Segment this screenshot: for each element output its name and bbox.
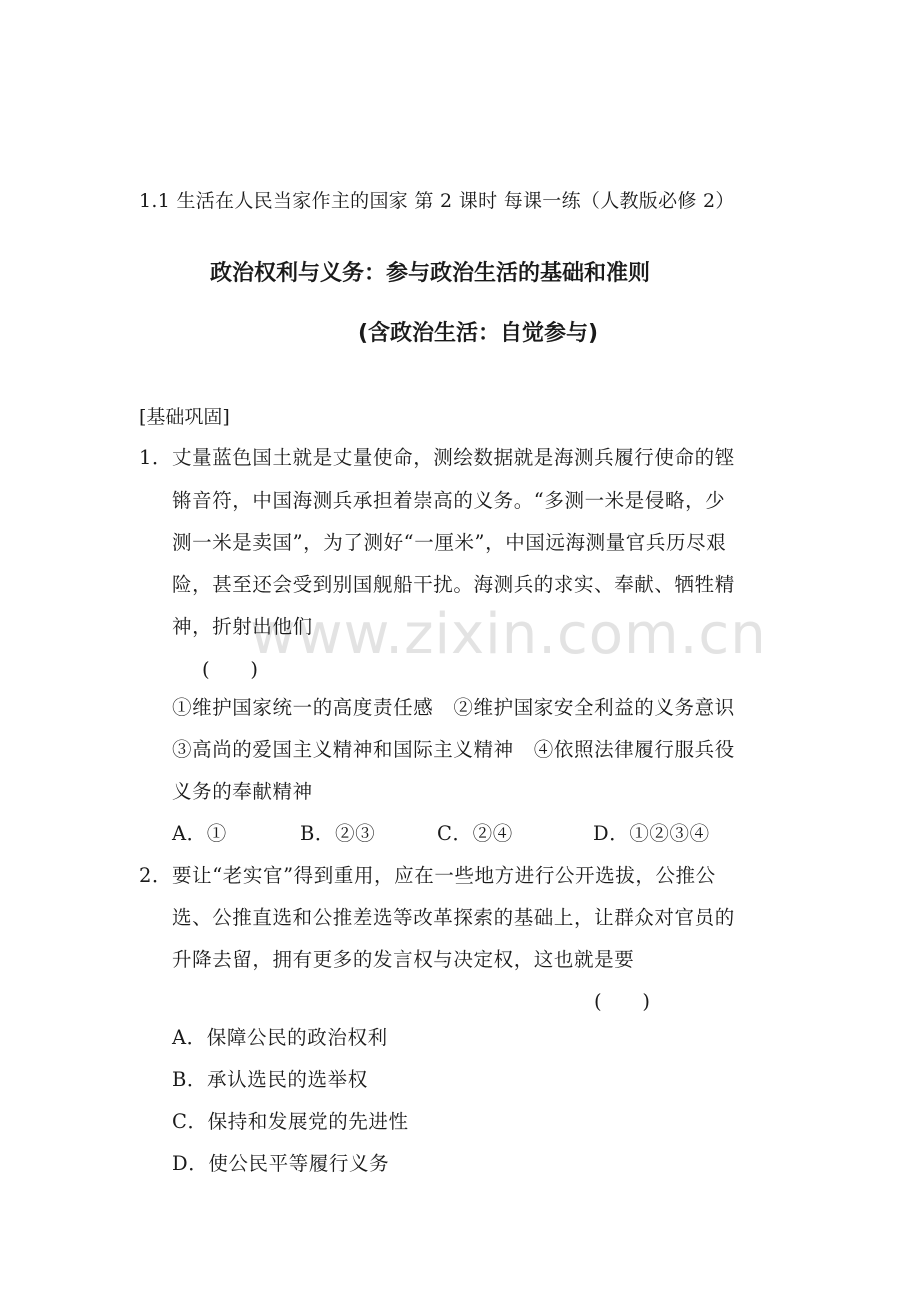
option-b: B．承认选民的选举权 <box>172 1064 368 1092</box>
option-c: C．保持和发展党的先进性 <box>172 1106 409 1134</box>
statement-line: 义务的奉献精神 <box>172 776 313 804</box>
question-text-line: 要让“老实官”得到重用，应在一些地方进行公开选拔，公推公 <box>172 860 716 888</box>
page-subtitle: (含政治生活：自觉参与) <box>358 316 598 347</box>
answer-blank: ( ) <box>594 986 651 1014</box>
question-number: 2． <box>139 860 172 888</box>
statement-line: ①维护国家统一的高度责任感 ②维护国家安全利益的义务意识 <box>172 692 735 720</box>
option-d: D．使公民平等履行义务 <box>172 1148 389 1176</box>
question-text-line: 丈量蓝色国土就是丈量使命，测绘数据就是海测兵履行使命的铿 <box>172 442 735 470</box>
option-c: C．②④ <box>437 818 513 846</box>
option-a: A．① <box>172 818 227 846</box>
option-b: B．②③ <box>300 818 375 846</box>
section-label: [基础巩固] <box>139 402 230 429</box>
answer-blank: ( ) <box>202 654 259 682</box>
question-text-line: 险，甚至还会受到别国舰船干扰。海测兵的求实、奉献、牺牲精 <box>172 569 735 597</box>
question-text-line: 锵音符，中国海测兵承担着崇高的义务。“多测一米是侵略，少 <box>172 485 725 513</box>
question-number: 1． <box>139 442 172 470</box>
question-text-line: 神，折射出他们 <box>172 611 313 639</box>
question-text-line: 测一米是卖国”，为了测好“一厘米”，中国远海测量官兵历尽艰 <box>172 527 726 555</box>
option-d: D．①②③④ <box>593 818 710 846</box>
option-a: A．保障公民的政治权利 <box>172 1022 388 1050</box>
question-text-line: 选、公推直选和公推差选等改革探索的基础上，让群众对官员的 <box>172 902 735 930</box>
statement-line: ③高尚的爱国主义精神和国际主义精神 ④依照法律履行服兵役 <box>172 734 735 762</box>
page-title: 政治权利与义务：参与政治生活的基础和准则 <box>210 256 650 287</box>
question-text-line: 升降去留，拥有更多的发言权与决定权，这也就是要 <box>172 944 634 972</box>
watermark: www.zixin.com.cn <box>250 602 767 667</box>
document-header: 1.1 生活在人民当家作主的国家 第 2 课时 每课一练（人教版必修 2） <box>139 186 735 213</box>
